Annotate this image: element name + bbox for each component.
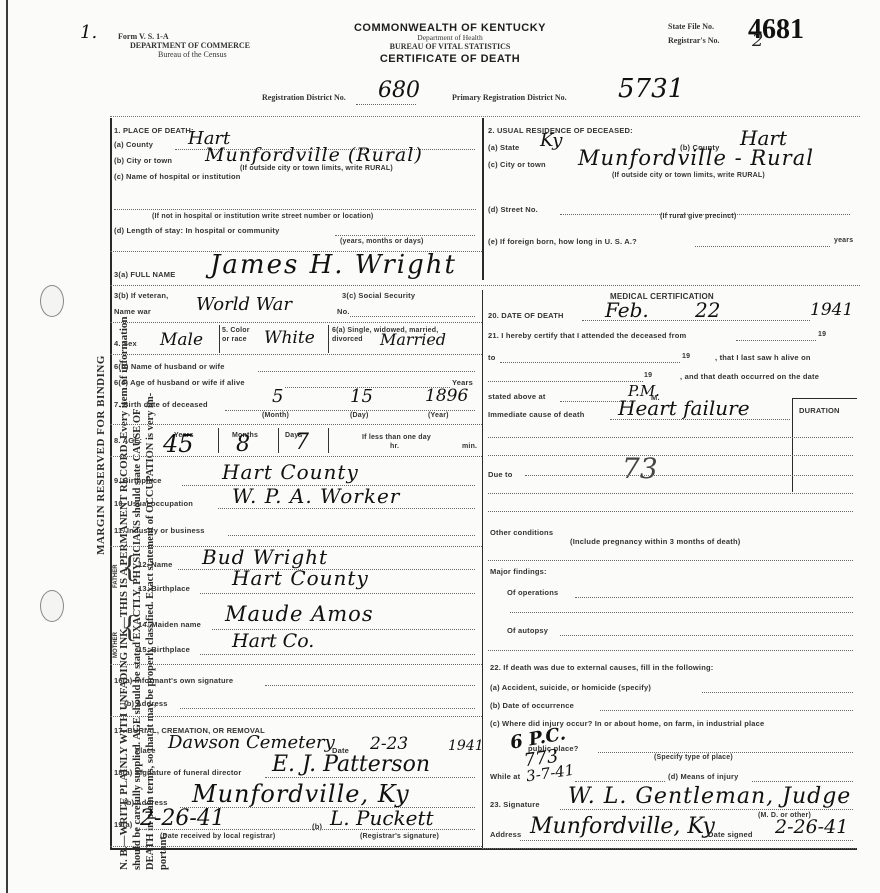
father-birthplace-label: 13. Birthplace [138,584,190,593]
date-death-label: 20. DATE OF DEATH [488,311,564,320]
mother-birthplace-line [200,654,475,655]
public-place-line [598,752,853,753]
dept-health: Department of Health [330,34,570,42]
date-signed-value: 2-26-41 [775,816,848,838]
reg-district-label: Registration District No. [262,93,346,102]
registrar-sig-value: L. Puckett [330,806,434,830]
reg-district-line [356,104,416,105]
binding-hole-bottom [40,590,64,622]
age-divider-1 [218,428,219,453]
birth-month-label: (Month) [262,412,289,419]
certify-to-line [500,362,680,363]
birth-date-label: 7. Birth date of deceased [114,400,208,409]
burial-date-value: 2-23 [370,734,408,754]
spouse-name-label: 6(b) Name of husband or wife [114,362,225,371]
color-divider [328,325,329,353]
cause-line [610,419,790,420]
age-months-value: 8 [236,432,250,457]
certify-line-2: , that I last saw h alive on [715,353,811,362]
hospital-note: (If not in hospital or institution write… [152,213,373,220]
city-label: (b) City or town [114,156,172,165]
spouse-name-line [258,371,475,372]
certify-alive-line [488,381,643,382]
occurrence-line [600,710,853,711]
date-death-line [582,320,810,321]
birthplace-value: Hart County [222,460,359,484]
res-state-value: Ky [540,130,562,151]
hospital-label: (c) Name of hospital or institution [114,172,241,181]
means-label: (d) Means of injury [668,772,738,781]
father-birthplace-value: Hart County [232,566,369,590]
certify-19a: 19 [818,331,826,338]
other-conditions-line [488,560,853,561]
min-label: min. [462,443,477,450]
operations-label: Of operations [507,588,558,597]
age-divider-2 [278,428,279,453]
marital-value: Married [380,330,446,349]
hospital-line [114,209,476,210]
registrar-label: Registrar's No. [668,34,720,48]
stay-label: (d) Length of stay: In hospital or commu… [114,226,279,235]
margin-reserved-text: MARGIN RESERVED FOR BINDING [95,40,108,870]
address-value: Munfordville, Ky [530,814,715,839]
external-label: 22. If death was due to external causes,… [490,663,713,672]
ssn-line [350,316,475,317]
autopsy-line-2 [488,650,853,651]
certify-19c: 19 [644,372,652,379]
occurrence-label: (b) Date of occurrence [490,701,574,710]
father-brace: { [122,550,137,582]
mother-brace: { [122,610,137,642]
bureau-census: Bureau of the Census [118,50,250,59]
address-line [520,840,853,841]
birth-date-line [225,410,475,411]
stay-note: (years, months or days) [340,238,424,245]
foreign-line [695,246,830,247]
foreign-unit: years [834,237,853,244]
operations-line [575,597,853,598]
row-rule-vet [110,322,482,323]
column-divider-bottom [482,290,483,850]
row-rule-sex [110,354,482,355]
burial-place-label: Place [135,746,156,755]
full-name-value: James H. Wright [210,250,457,280]
informant-address-label: (b) Address [124,699,168,708]
res-street-label: (d) Street No. [488,205,538,214]
primary-district-label: Primary Registration District No. [452,93,567,102]
date-death-month: Feb. [605,298,649,322]
res-city-value: Munfordville - Rural [578,146,814,170]
row-rule-parents [110,664,482,665]
date-death-day: 22 [695,298,720,322]
full-name-line [110,285,860,286]
row-rule-informant [110,716,482,717]
spouse-age-label: 6(c) Age of husband or wife if alive [114,378,245,387]
informant-address-line [180,708,475,709]
primary-district-value: 5731 [618,74,684,104]
res-state-label: (a) State [488,143,519,152]
specify-note: (Specify type of place) [654,754,733,761]
stay-line [335,235,475,236]
other-conditions-note: (Include pregnancy within 3 months of de… [570,537,740,546]
signature-label: 23. Signature [490,800,540,809]
date-signed-label: Date signed [708,830,753,839]
certify-to: to [488,353,495,362]
certify-19b: 19 [682,353,690,360]
father-tag: FATHER [113,564,119,588]
duration-label: DURATION [799,406,840,415]
birth-year-value: 1896 [425,386,468,406]
color-value: White [264,328,315,348]
received-line [135,829,475,830]
bottom-rule-right [482,848,856,849]
foreign-label: (e) If foreign born, how long in U. S. A… [488,237,637,246]
informant-label: 16(a) Informant's own signature [114,676,233,685]
ssn-label: 3(c) Social Security [342,291,415,300]
autopsy-label: Of autopsy [507,626,548,635]
res-city-note: (If outside city or town limits, write R… [612,172,765,179]
reg-district-value: 680 [378,78,420,103]
age-years-value: 45 [163,430,194,458]
sex-label: 4. Sex [114,339,137,348]
while-at-line [575,781,665,782]
received-label: 19(a) [114,820,133,829]
cause-label: Immediate cause of death [488,410,585,419]
state-file-label: State File No. [668,20,720,34]
industry-line [228,535,475,536]
burial-place-value: Dawson Cemetery [168,732,335,753]
birth-month-value: 5 [272,386,283,407]
due-to-line-3 [488,511,853,512]
registrar-number: 2 [752,30,763,51]
cause-value: Heart failure [618,396,750,420]
dept-commerce: DEPARTMENT OF COMMERCE [118,41,250,50]
row-rule-age [110,456,482,457]
age-divider-3 [328,428,329,453]
less-than-day-label: If less than one day [362,434,431,441]
war-value: World War [196,294,292,315]
header-right-block: State File No. Registrar's No. [668,20,720,48]
top-rule [110,116,860,117]
where-label: (c) Where did injury occur? In or about … [490,719,764,728]
res-street-note: (If rural give precinct) [660,213,736,220]
binding-hole-top [40,285,64,317]
stated-label: stated above at [488,392,546,401]
bureau-vital: BUREAU OF VITAL STATISTICS [330,42,570,51]
res-city-label: (c) City or town [488,160,546,169]
row-rule-birth [110,424,482,425]
due-to-line-2 [488,493,853,494]
mother-name-value: Maude Amos [225,602,374,626]
mother-birthplace-label: 15. Birthplace [138,645,190,654]
director-address-value: Munfordville, Ky [192,780,410,808]
occupation-value: W. P. A. Worker [232,484,400,508]
received-note: (Date received by local registrar) [160,833,275,840]
ssn-no-label: No. [337,307,350,316]
due-to-line [525,475,853,476]
signature-line [560,809,853,810]
form-id: Form V. S. 1-A [118,32,250,41]
hr-label: hr. [390,443,399,450]
autopsy-line [560,635,853,636]
certify-from-line [736,340,816,341]
cause-line-3 [488,455,853,456]
birth-year-label: (Year) [428,412,449,419]
major-findings-label: Major findings: [490,567,547,576]
accident-label: (a) Accident, suicide, or homicide (spec… [490,683,651,692]
accident-line [702,692,853,693]
city-value: Munfordville (Rural) [205,144,423,166]
burial-year-value: 1941 [448,738,484,754]
veteran-label: 3(b) If veteran, [114,291,168,300]
duration-box: DURATION [792,398,857,492]
birth-day-label: (Day) [350,412,369,419]
page-edge [6,0,8,893]
county-label: (a) County [114,140,153,149]
certify-line-1: 21. I hereby certify that I attended the… [488,331,686,340]
date-death-year: 1941 [810,300,853,320]
due-to-mark: 73 [622,452,658,485]
city-note: (If outside city or town limits, write R… [240,165,393,172]
certify-line-3: , and that death occurred on the date [680,372,819,381]
war-label: Name war [114,307,151,316]
father-birthplace-line [200,593,475,594]
full-name-label: 3(a) FULL NAME [114,270,175,279]
mother-tag: MOTHER [113,632,119,658]
other-conditions-label: Other conditions [490,528,553,537]
sex-value: Male [160,330,203,350]
registrar-sig-note: (Registrar's signature) [360,833,439,840]
page-number: 1. [80,22,97,43]
mother-name-label: 14. Maiden name [138,620,201,629]
operations-line-2 [510,612,853,613]
header-left-block: Form V. S. 1-A DEPARTMENT OF COMMERCE Bu… [118,32,250,59]
mother-birthplace-value: Hart Co. [232,630,314,652]
occupation-label: 10. Usual occupation [114,499,193,508]
due-to-label: Due to [488,470,513,479]
color-label: 5. Color or race [222,326,258,344]
certificate-title: CERTIFICATE OF DEATH [330,53,570,65]
sex-divider [219,325,220,353]
address-label: Address [490,830,521,839]
header-center-block: COMMONWEALTH OF KENTUCKY Department of H… [330,22,570,65]
place-of-death-label: 1. PLACE OF DEATH: [114,126,194,135]
informant-line [265,685,475,686]
director-value: E. J. Patterson [272,752,430,777]
signature-value: W. L. Gentleman, Judge [568,784,851,809]
bottom-rule-left [110,846,482,847]
means-line [752,781,853,782]
birthplace-label: 9. Birthplace [114,476,162,485]
column-divider-top [482,118,484,280]
received-value: 2-26-41 [140,806,225,831]
age-label: 8. AGE: [114,436,142,445]
cause-line-2 [488,437,853,438]
birth-day-value: 15 [350,386,373,407]
industry-label: 11. Industry or business [114,526,205,535]
while-at-label: While at [490,772,520,781]
director-line [265,777,475,778]
father-name-label: 12. Name [138,560,173,569]
occupation-line [218,508,475,509]
age-days-value: 7 [295,430,309,455]
director-label: 18(a) Signature of funeral director [114,768,241,777]
